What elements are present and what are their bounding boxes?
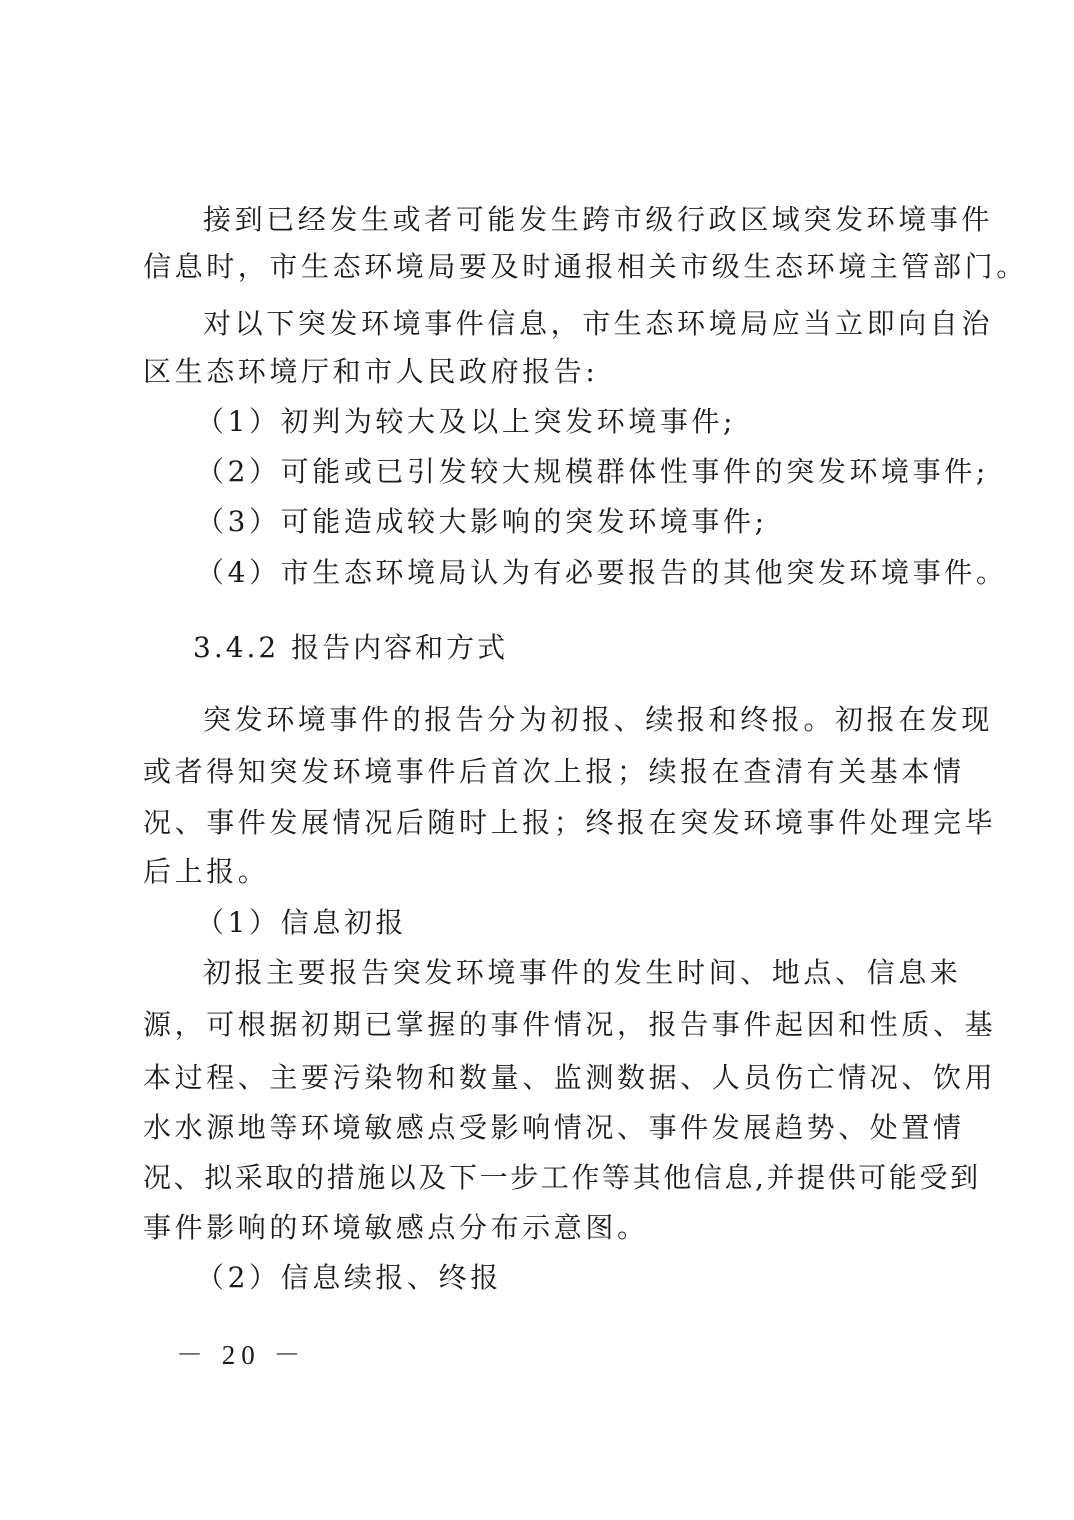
list-item: （4）市生态环境局认为有必要报告的其他突发环境事件。	[196, 555, 1007, 591]
subheading: （2）信息续报、终报	[196, 1260, 502, 1296]
subheading: （1）信息初报	[196, 905, 407, 941]
document-page: 接到已经发生或者可能发生跨市级行政区域突发环境事件 信息时，市生态环境局要及时通…	[0, 0, 1074, 1520]
page-number: － 20 －	[176, 1338, 307, 1372]
paragraph-line: 区生态环境厅和市人民政府报告:	[143, 354, 598, 390]
paragraph-line: 况、拟采取的措施以及下一步工作等其他信息,并提供可能受到	[143, 1160, 981, 1196]
list-item: （1）初判为较大及以上突发环境事件;	[196, 404, 736, 440]
paragraph-line: 源，可根据初期已掌握的事件情况，报告事件起因和性质、基	[143, 1007, 996, 1043]
section-heading: 3.4.2 报告内容和方式	[193, 630, 508, 666]
paragraph-line: 本过程、主要污染物和数量、监测数据、人员伤亡情况、饮用	[143, 1060, 996, 1096]
paragraph-line: 接到已经发生或者可能发生跨市级行政区域突发环境事件	[203, 202, 993, 238]
paragraph-line: 况、事件发展情况后随时上报；终报在突发环境事件处理完毕	[143, 805, 996, 841]
paragraph-line: 水水源地等环境敏感点受影响情况、事件发展趋势、处置情	[143, 1110, 965, 1146]
paragraph-line: 突发环境事件的报告分为初报、续报和终报。初报在发现	[203, 702, 993, 738]
paragraph-line: 或者得知突发环境事件后首次上报；续报在查清有关基本情	[143, 754, 965, 790]
paragraph-line: 初报主要报告突发环境事件的发生时间、地点、信息来	[203, 955, 961, 991]
paragraph-line: 后上报。	[143, 854, 269, 890]
paragraph-line: 对以下突发环境事件信息，市生态环境局应当立即向自治	[203, 306, 993, 342]
paragraph-line: 信息时，市生态环境局要及时通报相关市级生态环境主管部门。	[143, 249, 1028, 285]
paragraph-line: 事件影响的环境敏感点分布示意图。	[143, 1210, 649, 1246]
list-item: （2）可能或已引发较大规模群体性事件的突发环境事件;	[196, 454, 989, 490]
list-item: （3）可能造成较大影响的突发环境事件;	[196, 504, 768, 540]
